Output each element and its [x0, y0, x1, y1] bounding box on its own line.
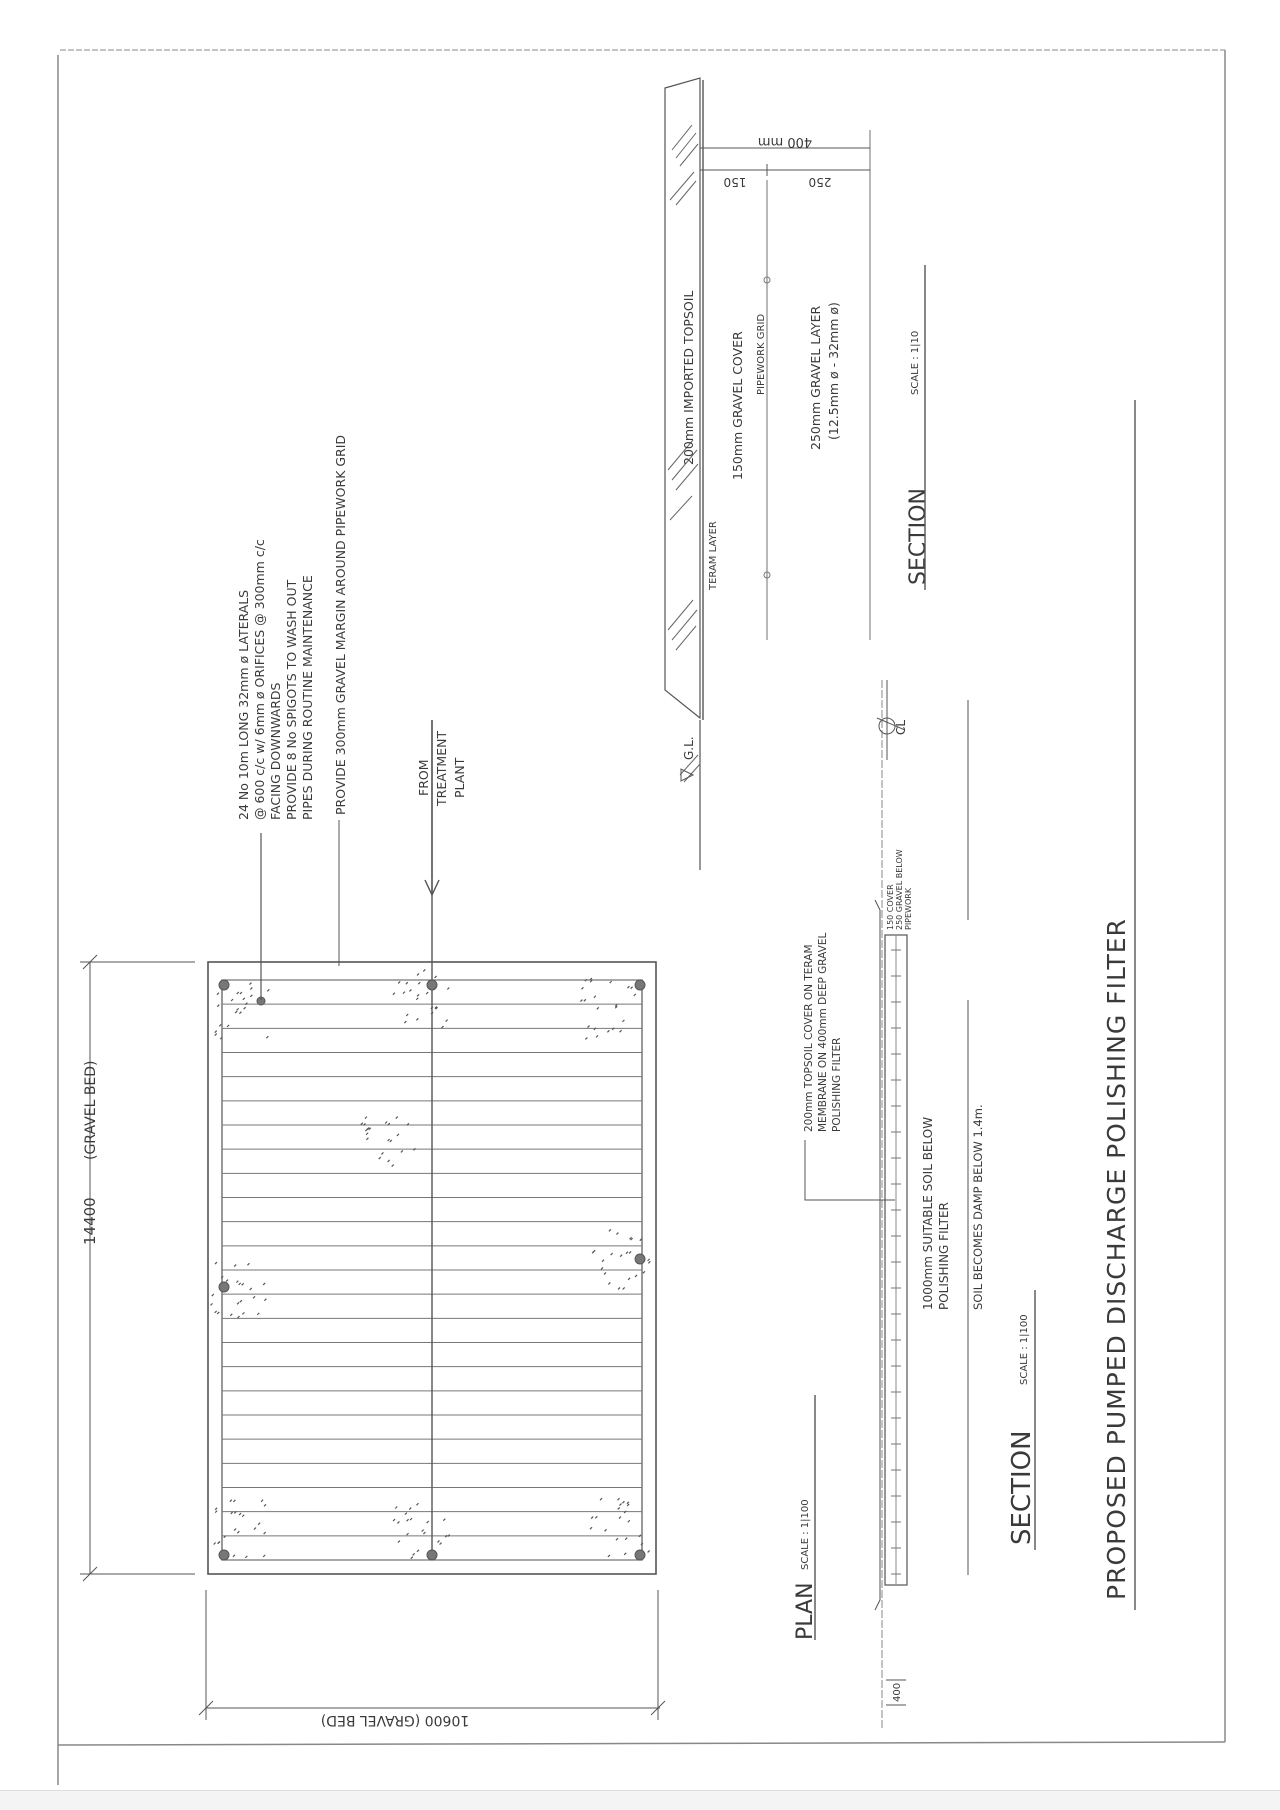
- svg-text:PROVIDE 8 No SPIGOTS TO WASH O: PROVIDE 8 No SPIGOTS TO WASH OUT: [284, 579, 299, 820]
- spigot: [635, 1550, 645, 1560]
- sheet-border-bottom: [58, 1742, 1225, 1745]
- gravel-layer-label: 250mm GRAVEL LAYER: [808, 305, 823, 450]
- dim-total-label: 400 mm: [758, 134, 812, 149]
- spigot: [427, 1550, 437, 1560]
- cover-note: 200mm TOPSOIL COVER ON TERAM MEMBRANE ON…: [803, 933, 843, 1132]
- svg-text:150 COVER: 150 COVER: [886, 884, 895, 930]
- spigot: [635, 1254, 645, 1264]
- svg-text:FROM: FROM: [416, 760, 431, 797]
- centreline-label: CL: [894, 720, 908, 735]
- drawing-title: PROPOSED PUMPED DISCHARGE POLISHING FILT…: [1102, 918, 1131, 1600]
- svg-text:FACING DOWNWARDS: FACING DOWNWARDS: [268, 682, 283, 820]
- spigot: [427, 980, 437, 990]
- topsoil-mound: [875, 900, 880, 1610]
- svg-text:24 No 10m LONG 32mm ø LATERALS: 24 No 10m LONG 32mm ø LATERALS: [236, 590, 251, 820]
- gravel-texture: [211, 969, 651, 1559]
- drawing-sheet: 14400 (GRAVEL BED) 10600 (GRAVEL BED) 24…: [0, 0, 1280, 1810]
- svg-text:POLISHING FILTER: POLISHING FILTER: [937, 1202, 951, 1310]
- dimension-width-label: 10600 (GRAVEL BED): [321, 1712, 470, 1728]
- margin-note: PROVIDE 300mm GRAVEL MARGIN AROUND PIPEW…: [333, 435, 348, 815]
- section-detail-heading: SECTION: [906, 488, 931, 585]
- plan-view: 14400 (GRAVEL BED) 10600 (GRAVEL BED) 24…: [80, 435, 818, 1728]
- svg-text:1000mm SUITABLE SOIL BELOW: 1000mm SUITABLE SOIL BELOW: [921, 1117, 935, 1310]
- svg-text:MEMBRANE ON 400mm DEEP GRAVEL: MEMBRANE ON 400mm DEEP GRAVEL: [817, 933, 829, 1132]
- dimension-length-note: (GRAVEL BED): [83, 1060, 99, 1160]
- terram-label: TERAM LAYER: [708, 521, 719, 591]
- gravel-size-label: (12.5mm ø - 32mm ø): [826, 302, 841, 440]
- gravel-cover-label: 150mm GRAVEL COVER: [730, 331, 745, 480]
- svg-text:@ 600 c/c w/ 6mm ø ORIFICES @: @ 600 c/c w/ 6mm ø ORIFICES @ 300mm c/c: [252, 539, 267, 820]
- plan-heading: PLAN: [793, 1582, 818, 1640]
- section-detail-scale: SCALE : 1|10: [910, 331, 921, 395]
- layers-note: 150 COVER 250 GRAVEL BELOW PIPEWORK: [886, 849, 913, 930]
- svg-text:PIPES DURING ROUTINE MAINTENAN: PIPES DURING ROUTINE MAINTENANCE: [300, 575, 315, 820]
- spigot: [219, 1550, 229, 1560]
- spigot: [219, 1282, 229, 1292]
- svg-text:TREATMENT: TREATMENT: [434, 731, 449, 807]
- topsoil-label: 200mm IMPORTED TOPSOIL: [681, 291, 696, 465]
- laterals-note: 24 No 10m LONG 32mm ø LATERALS @ 600 c/c…: [236, 539, 315, 820]
- depth-label: 400: [892, 1683, 903, 1702]
- section-detail: 400 mm 150 250 200mm IMPORTED TOPSOIL TE…: [665, 78, 931, 870]
- pipework-label: PIPEWORK GRID: [756, 314, 767, 395]
- dimension-length-label: 14400: [81, 1197, 99, 1245]
- svg-text:POLISHING FILTER: POLISHING FILTER: [831, 1038, 843, 1132]
- ground-level-label: G.L.: [682, 736, 696, 760]
- svg-text:PLANT: PLANT: [452, 757, 467, 798]
- svg-text:200mm TOPSOIL COVER ON TERAM: 200mm TOPSOIL COVER ON TERAM: [803, 944, 815, 1132]
- spigot: [635, 980, 645, 990]
- inlet-note: FROM TREATMENT PLANT: [416, 731, 467, 807]
- spigot: [219, 980, 229, 990]
- damp-note: SOIL BECOMES DAMP BELOW 1.4m.: [971, 1104, 985, 1310]
- plan-scale: SCALE : 1|100: [800, 1499, 811, 1570]
- section-long-heading: SECTION: [1007, 1430, 1037, 1545]
- scan-edge: [0, 1790, 1280, 1810]
- svg-text:250 GRAVEL BELOW: 250 GRAVEL BELOW: [895, 849, 904, 930]
- dim-upper-label: 150: [724, 175, 747, 189]
- dim-lower-label: 250: [809, 175, 832, 189]
- section-long-scale: SCALE : 1|100: [1019, 1314, 1030, 1385]
- section-long: 400 CL 200mm TOPSOIL COVER ON TERAM MEMB…: [803, 680, 1037, 1730]
- svg-text:PIPEWORK: PIPEWORK: [904, 887, 913, 930]
- soil-note: 1000mm SUITABLE SOIL BELOW POLISHING FIL…: [921, 1117, 951, 1310]
